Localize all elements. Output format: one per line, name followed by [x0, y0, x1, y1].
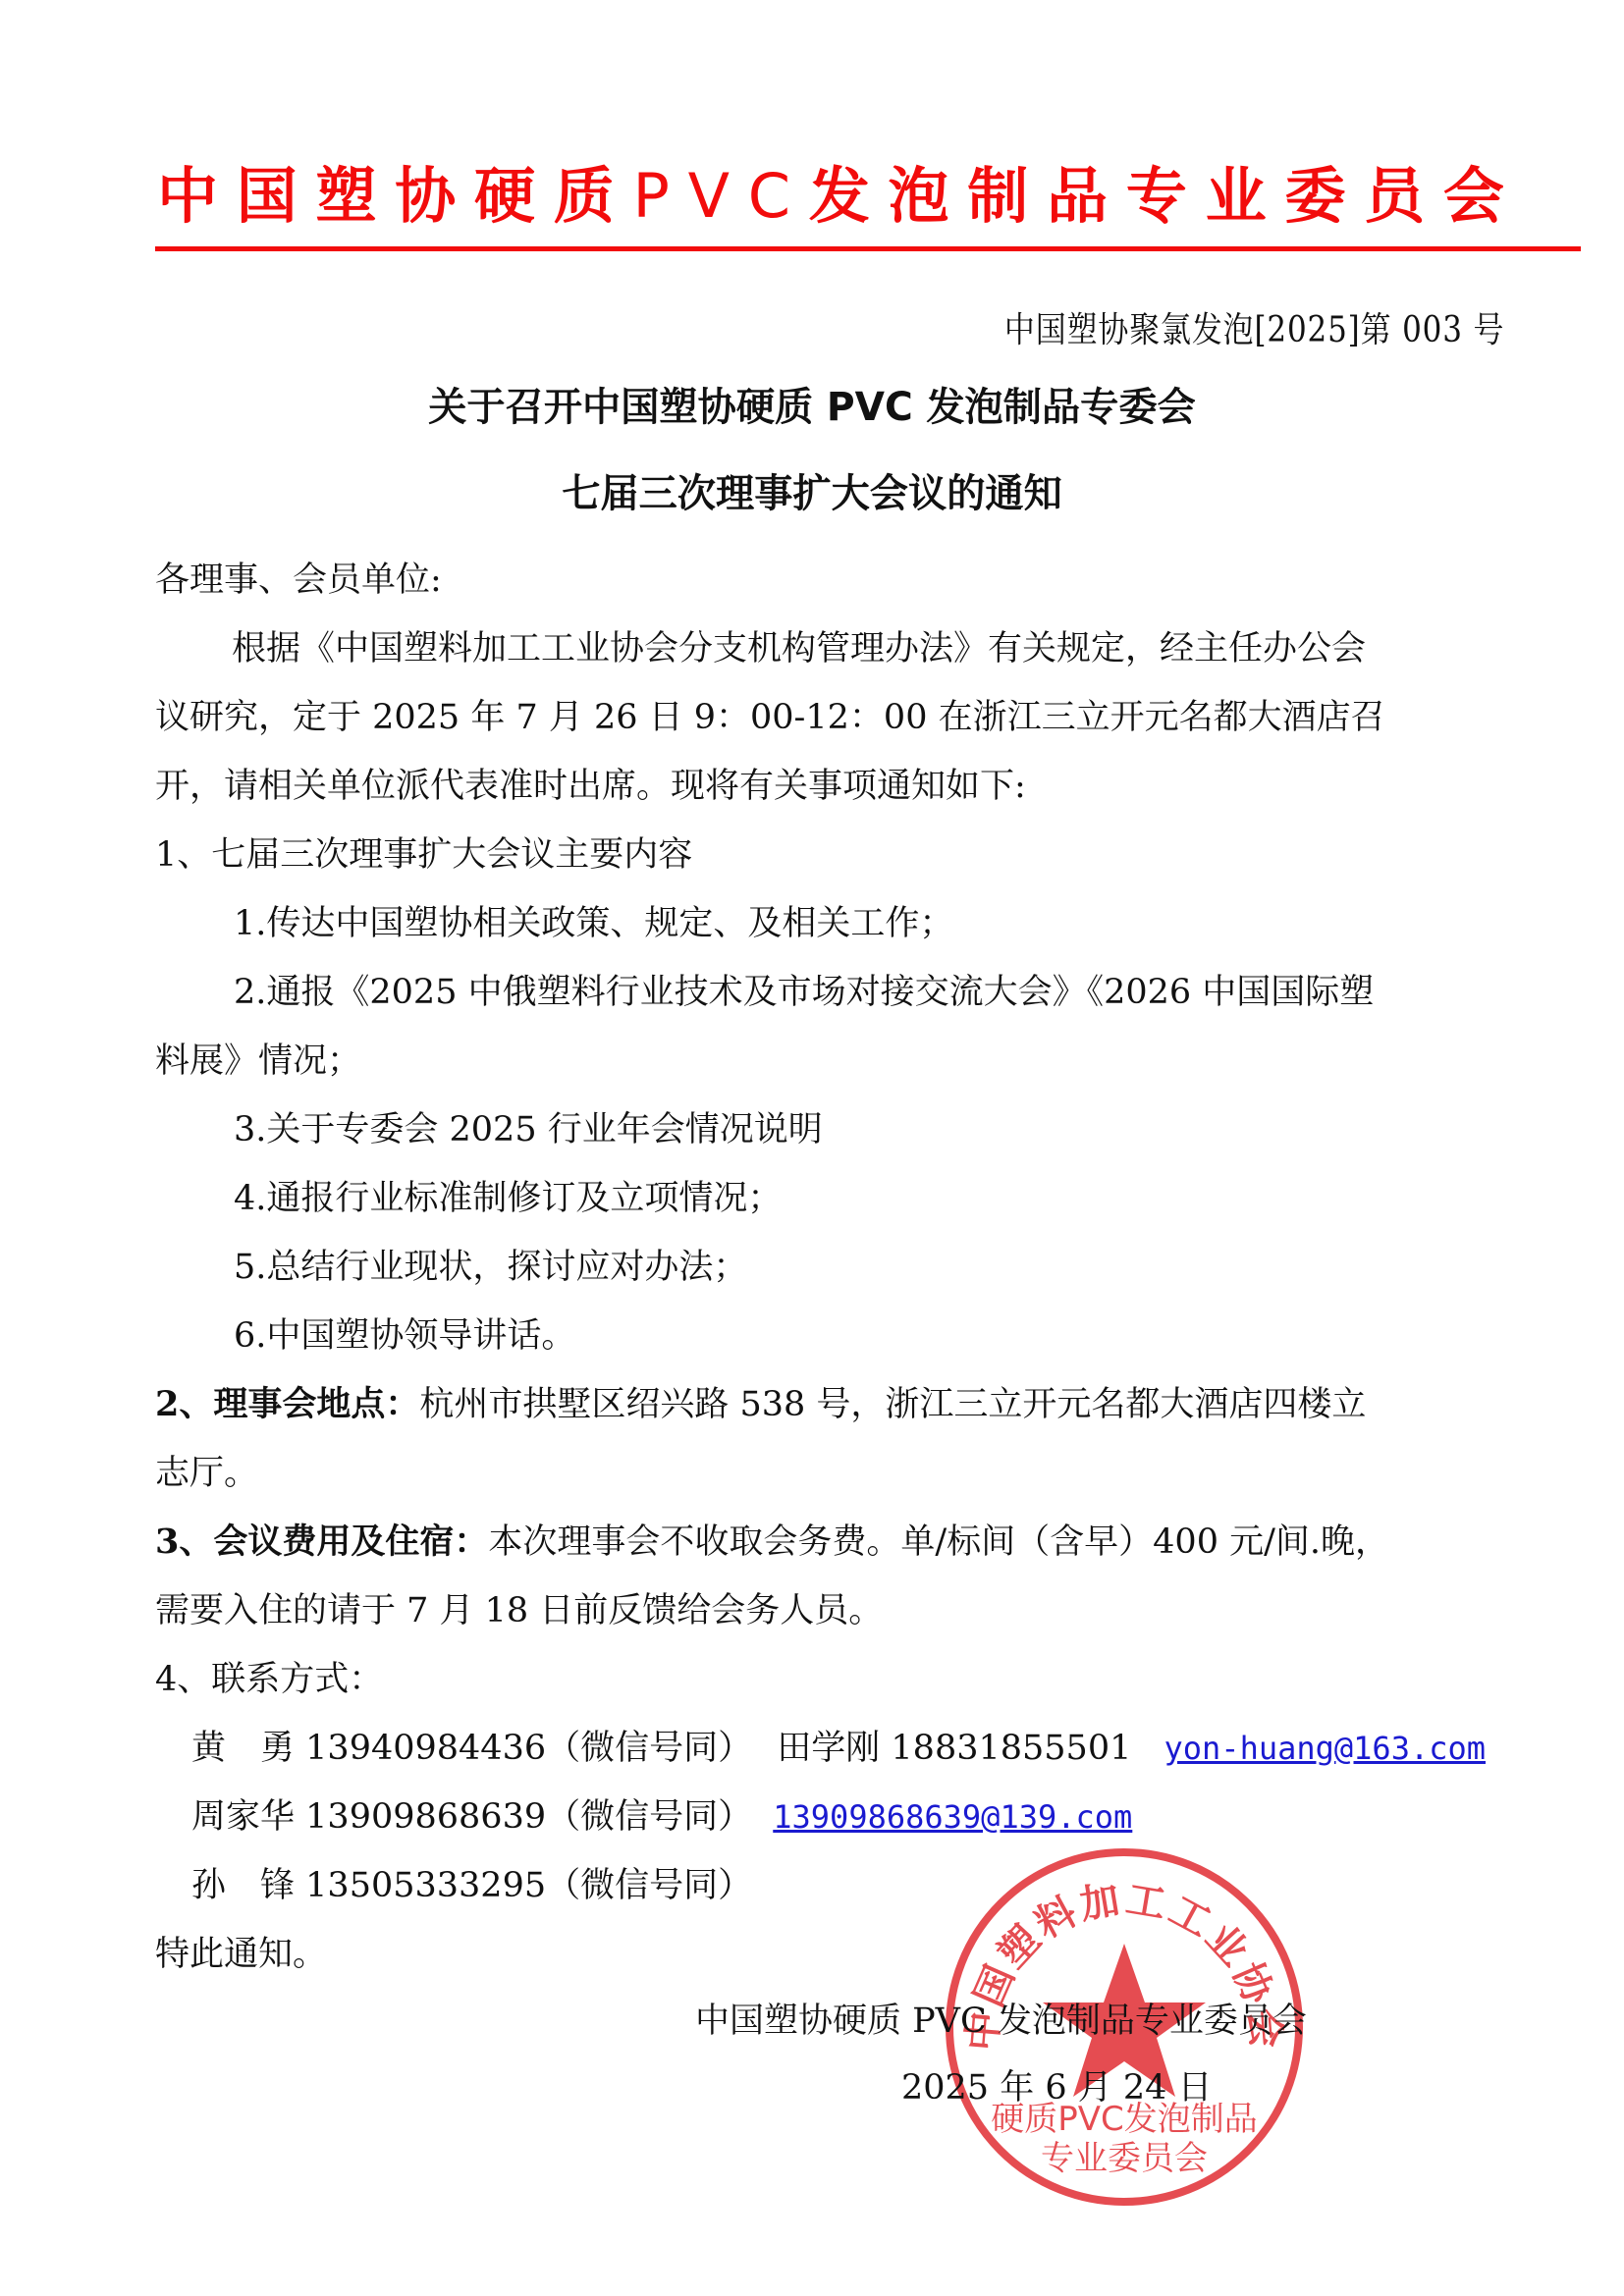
agenda-item-3: 3.关于专委会 2025 行业年会情况说明: [234, 1105, 823, 1154]
section1-heading: 1、七届三次理事扩大会议主要内容: [155, 830, 692, 880]
agenda-item-2-cont: 料展》情况；: [155, 1037, 361, 1086]
closing-text: 特此通知。: [155, 1930, 327, 1979]
section3-label: 3、会议费用及住宿：: [155, 1522, 488, 1562]
contact-name: 田学刚: [777, 1729, 880, 1768]
signature-date: 2025 年 6 月 24 日: [901, 2063, 1213, 2112]
intro-line-2: 议研究，定于 2025 年 7 月 26 日 9：00-12：00 在浙江三立开…: [155, 693, 1385, 742]
masthead-char: 国: [237, 157, 298, 236]
intro-line-3: 开，请相关单位派代表准时出席。现将有关事项通知如下:: [155, 762, 1026, 811]
masthead-char: 会: [1443, 157, 1504, 236]
section3-text: 本次理事会不收取会务费。单/标间（含早）400 元/间.晚，: [488, 1522, 1389, 1562]
contact-row-3: 孙 锋 13505333295（微信号同）: [191, 1861, 752, 1910]
agenda-item-6: 6.中国塑协领导讲话。: [234, 1311, 575, 1361]
agenda-item-2: 2.通报《2025 中俄塑料行业技术及市场对接交流大会》《2026 中国国际塑: [234, 968, 1374, 1017]
contact-phone: 13505333295（微信号同）: [305, 1866, 752, 1905]
masthead-char: 委: [1284, 157, 1345, 236]
section2-label: 2、理事会地点：: [155, 1384, 419, 1424]
masthead-char: 泡: [889, 157, 949, 236]
notice-title-line1: 关于召开中国塑协硬质 PVC 发泡制品专委会: [17, 383, 1608, 432]
masthead-char: 质: [554, 157, 615, 236]
masthead-char: 业: [1206, 157, 1267, 236]
section2-text-cont: 志厅。: [155, 1449, 258, 1498]
contact-name: 孙 锋: [191, 1866, 295, 1905]
signature-org: 中国塑协硬质 PVC 发泡制品专业委员会: [695, 1997, 1307, 2046]
masthead-divider: [155, 246, 1581, 251]
masthead-char: C: [748, 157, 790, 236]
agenda-item-4: 4.通报行业标准制修订及立项情况；: [234, 1174, 782, 1223]
agenda-item-5: 5.总结行业现状，探讨应对办法；: [234, 1243, 747, 1292]
agenda-item-1: 1.传达中国塑协相关政策、规定、及相关工作；: [234, 899, 953, 948]
contact-name: 黄 勇: [191, 1729, 295, 1768]
masthead-char: 发: [809, 157, 870, 236]
seal-inner-line2: 专业委员会: [1041, 2139, 1208, 2178]
section2-text: 杭州市拱墅区绍兴路 538 号，浙江三立开元名都大酒店四楼立: [419, 1385, 1366, 1424]
email-link[interactable]: 13909868639@139.com: [773, 1798, 1132, 1836]
masthead-char: 员: [1364, 157, 1425, 236]
masthead-char: 品: [1047, 157, 1108, 236]
section2-venue: 2、理事会地点：杭州市拱墅区绍兴路 538 号，浙江三立开元名都大酒店四楼立: [155, 1380, 1366, 1429]
masthead-char: 中: [157, 157, 218, 236]
notice-title-line2: 七届三次理事扩大会议的通知: [17, 469, 1608, 518]
masthead-char: 协: [395, 157, 456, 236]
email-link[interactable]: yon-huang@163.com: [1164, 1730, 1487, 1767]
masthead-char: 硬: [474, 157, 535, 236]
contact-row-2: 周家华 13909868639（微信号同） 13909868639@139.co…: [191, 1792, 1132, 1842]
intro-line-1: 根据《中国塑料加工工业协会分支机构管理办法》有关规定，经主任办公会: [232, 624, 1366, 673]
contact-row-1: 黄 勇 13940984436（微信号同） 田学刚 18831855501 yo…: [191, 1724, 1486, 1773]
masthead-char: 塑: [316, 157, 377, 236]
contact-phone: 18831855501: [891, 1729, 1131, 1768]
section3-fees: 3、会议费用及住宿：本次理事会不收取会务费。单/标间（含早）400 元/间.晚，: [155, 1518, 1389, 1567]
contact-phone: 13940984436（微信号同）: [305, 1729, 752, 1768]
contact-name: 周家华: [191, 1797, 295, 1837]
salutation: 各理事、会员单位:: [155, 556, 442, 605]
masthead-char: P: [633, 157, 670, 236]
contact-phone: 13909868639（微信号同）: [305, 1797, 752, 1837]
masthead-title: 中 国 塑 协 硬 质 P V C 发 泡 制 品 专 业 委 员 会: [157, 157, 1504, 236]
document-number: 中国塑协聚氯发泡[2025]第 003 号: [1004, 306, 1504, 355]
section4-heading: 4、联系方式：: [155, 1655, 383, 1704]
masthead-char: 专: [1126, 157, 1187, 236]
masthead-char: 制: [967, 157, 1028, 236]
masthead-char: V: [688, 157, 730, 236]
section3-text-cont: 需要入住的请于 7 月 18 日前反馈给会务人员。: [155, 1586, 883, 1635]
